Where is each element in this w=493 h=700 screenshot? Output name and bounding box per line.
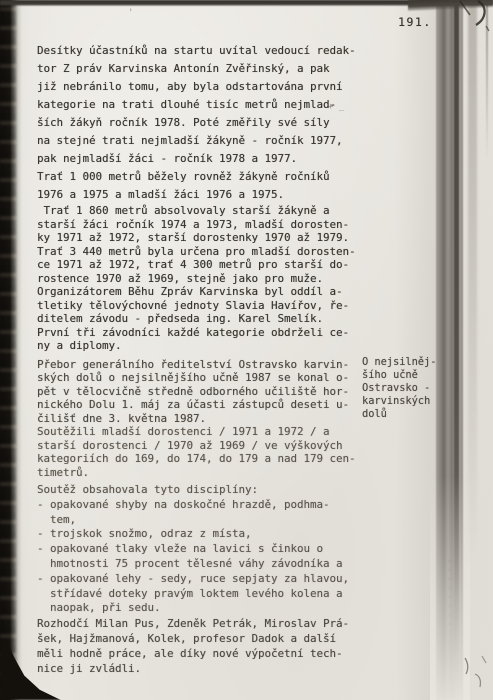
text-line: starší dorostenci / 1970 až 1969 / ve vý… [37,439,397,453]
text-line: Přebor generálního ředitelství Ostravsko… [37,358,397,372]
pen-mark-bottom-right [455,650,491,696]
text-line: Soutěž obsahovala tyto disciplíny: [37,483,397,498]
text-line: ce 1971 až 1972, trať 4 300 metrů pro st… [37,258,397,272]
text-line: ny a diplomy. [37,339,397,353]
text-line: Rozhodčí Milan Pus, Zdeněk Petrák, Miros… [37,616,397,631]
text-line: tletiky tělovýchovné jednoty Slavia Haví… [37,299,397,313]
text-line: kategoriích do 169, do 174, do 179 a nad… [37,452,397,466]
text-line: pak nejmladší žáci - ročník 1978 a 1977. [37,150,397,168]
margin-note-line: šího učně [362,369,462,382]
ink-speck: ' [128,9,133,18]
text-line: timetrů. [37,466,397,480]
text-line: nice ji zvládli. [37,661,397,676]
text-line: - trojskok snožmo, odraz z místa, [37,527,397,542]
text-line: kategorie na trati dlouhé tisíc metrů ne… [37,96,397,114]
text-line: Trať 3 440 metrů byla určena pro mladší … [37,245,397,259]
text-line: - opakované lehy - sedy, ruce sepjaty za… [37,572,397,587]
text-line: 1976 a 1975 a mladší žáci 1976 a 1975. [37,186,397,204]
gutter-bottom-fade [430,0,470,700]
text-line: První tři závodníci každé kategorie obdr… [37,326,397,340]
left-edge-texture [0,0,16,700]
text-line: tor Z práv Karvinska Antonín Zvěřinský, … [37,60,397,78]
text-line: starší žáci ročník 1974 a 1973, mladší d… [37,218,397,232]
margin-note-line: karvinských [362,395,462,408]
text-line: ky 1971 až 1972, starší dorostenky 1970 … [37,231,397,245]
scanned-document-page: + _ ' 191. Desítky účastníků na startu u… [0,0,493,700]
text-line: - opakované tlaky vleže na lavici s čink… [37,542,397,557]
text-line: Desítky účastníků na startu uvítal vedou… [37,42,397,60]
text-line: Trať 1 000 metrů běžely rovněž žákyně ro… [37,168,397,186]
text-line: již nebránilo tomu, aby byla odstartován… [37,78,397,96]
text-line: Organizátorem Běhu Zpráv Karvinska byl o… [37,285,397,299]
text-line: naopak, při sedu. [37,601,397,616]
text-line: měli hodně práce, ale díky nové výpočetn… [37,646,397,661]
text-line: - opakované shyby na doskočné hrazdě, po… [37,498,397,513]
text-line: rostence 1970 až 1969, stejně jako pro m… [37,272,397,286]
text-line: nického Dolu 1. máj za účasti zástupců d… [37,398,397,412]
text-line: čilišť dne 3. května 1987. [37,412,397,426]
text-line: pět v tělocvičně středně odborného učili… [37,385,397,399]
text-line: Soutěžili mladší dorostenci / 1971 a 197… [37,425,397,439]
text-line: Trať 1 860 metrů absolvovaly starší žáky… [37,204,397,218]
text-line: šek, Hajžmanová, Kolek, profesor Dadok a… [37,631,397,646]
body-text: Desítky účastníků na startu uvítal vedou… [37,42,397,676]
text-line: ditelem závodu - předseda ing. Karel Sme… [37,312,397,326]
pen-mark-top-right [448,0,493,36]
text-line: ských dolů o nejsilnějšího učně 1987 se … [37,371,397,385]
page-number: 191. [398,15,432,29]
text-line: střídavé doteky pravým loktem levého kol… [37,587,397,602]
text-line: tem, [37,513,397,528]
text-line: hmotnosti 75 procent tělesné váhy závodn… [37,557,397,572]
margin-note-line: O nejsilněj- [362,356,462,369]
text-line: ších žákyň ročník 1978. Poté změřily své… [37,114,397,132]
margin-note-line: Ostravsko - [362,382,462,395]
margin-note-line: dolů [362,408,462,421]
text-line: na stejné trati nejmladší žákyně - roční… [37,132,397,150]
margin-note: O nejsilněj- šího učně Ostravsko - karvi… [362,356,462,421]
